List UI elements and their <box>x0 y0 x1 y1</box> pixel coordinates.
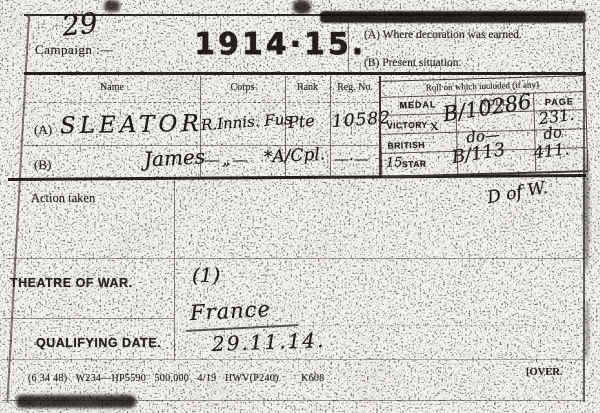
action-note-handwritten: D of W. <box>486 178 549 208</box>
ink-streak-right-lower <box>585 300 589 360</box>
ink-blob-top-center <box>293 0 311 14</box>
divider-action-column <box>174 179 175 360</box>
medal-victory-label: VICTORY <box>387 120 428 131</box>
qualifying-date-label: QUALIFYING DATE. <box>36 336 161 350</box>
column-header-name: Name <box>24 82 200 93</box>
theatre-value-handwritten: France <box>189 297 271 325</box>
campaign-year-stamp: 1914·15. <box>194 27 366 62</box>
campaign-label: Campaign :— <box>35 42 114 58</box>
star-page-value: 411. <box>533 139 571 162</box>
ink-blob-top-left <box>104 0 120 12</box>
row-b-prefix: (B) <box>34 157 51 173</box>
rule-under-theatre-label <box>4 318 174 319</box>
note-a-where-earned: (A) Where decoration was earned. <box>364 29 522 41</box>
row-b-reg-no-ditto-mark: —·— <box>334 150 369 168</box>
heavy-rule-under-header <box>24 72 586 75</box>
rule-under-action-section <box>6 258 584 259</box>
row-b-forename-handwritten: James <box>143 144 205 171</box>
row-b-rank-handwritten: *A/Cpl. <box>264 144 326 167</box>
victory-check-mark: x <box>429 116 440 135</box>
faint-rule-right-of-theatre <box>310 325 570 326</box>
campaign-value-handwritten: 29 <box>60 6 99 43</box>
medal-index-card-scan: Campaign :— 29 1914·15. (A) Where decora… <box>0 0 600 413</box>
qualifying-date-handwritten: 29.11.14. <box>212 328 326 356</box>
column-header-corps: Corps <box>200 82 285 93</box>
ink-smudge-top-band <box>320 11 586 23</box>
heavy-rule-under-row-b <box>8 174 586 181</box>
action-taken-label: Action taken <box>31 191 95 206</box>
column-header-rank: Rank <box>285 82 330 93</box>
row-b-corps-ditto-mark: —„— <box>204 150 250 169</box>
medal-roll-table: Roll on which included (if any) MEDAL RO… <box>379 75 589 178</box>
row-a-rank-handwritten: Pte <box>287 111 315 132</box>
over-note: [OVER. <box>526 367 562 378</box>
ink-blotch-bottom-left <box>16 395 136 408</box>
medal-british-label: BRITISH <box>387 140 425 151</box>
printer-code-line: (6 34 48) W234—HP5590 500,000 4/19 HWV(P… <box>28 373 325 384</box>
medal-star-number-handwritten: 15 <box>386 155 403 170</box>
theatre-number-handwritten: (1) <box>192 263 220 287</box>
row-a-surname-handwritten: SLEATOR <box>60 111 203 139</box>
star-roll-value: B/113 <box>450 139 506 168</box>
medal-star-label: STAR <box>402 159 427 170</box>
column-header-reg-no: Reg. No. <box>330 82 380 93</box>
rule-under-column-headers <box>24 102 380 103</box>
rule-under-qualifying-row <box>2 359 584 360</box>
row-a-prefix: (A) <box>34 122 52 138</box>
row-a-corps-handwritten: R.Innis. Fus <box>200 110 292 134</box>
note-b-present-situation: (B) Present situation. <box>364 57 461 69</box>
theatre-of-war-label: THEATRE OF WAR. <box>10 276 133 290</box>
